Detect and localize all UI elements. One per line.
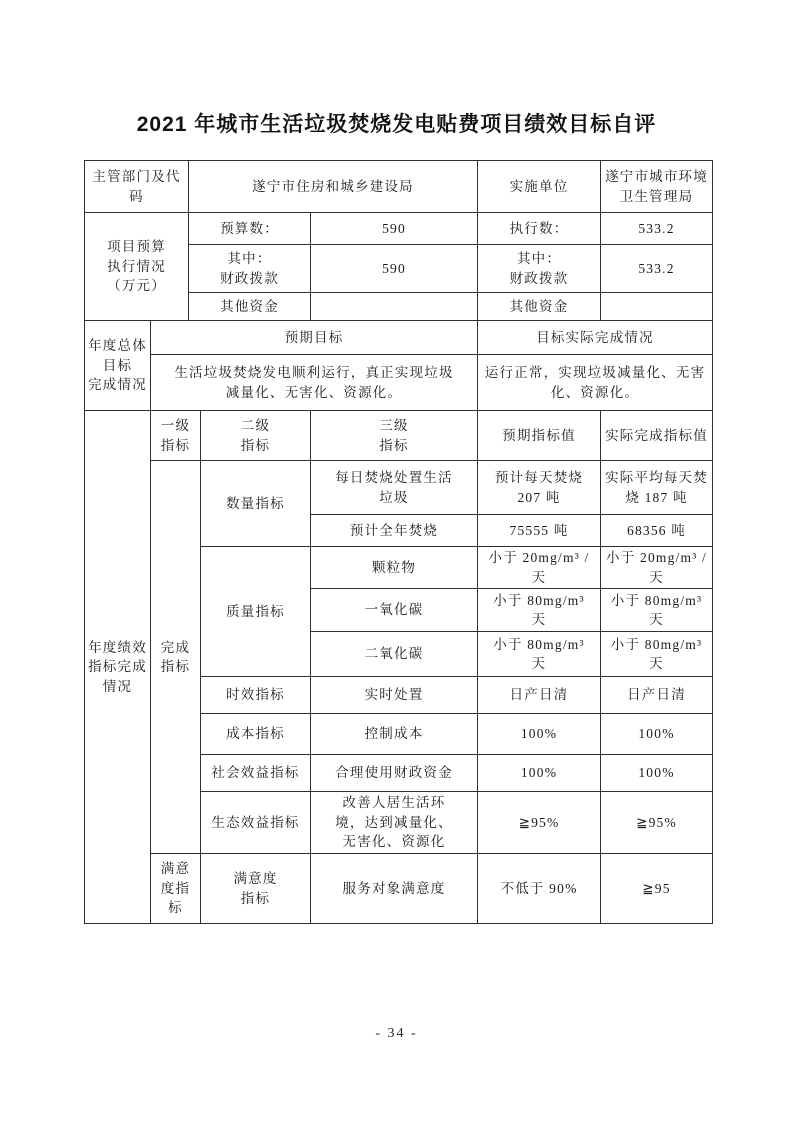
- cost-indicator-label: 成本指标: [201, 714, 311, 755]
- realtime-disposal-actual: 日产日清: [601, 677, 713, 714]
- execution-amount-value: 533.2: [601, 213, 713, 245]
- table-row: 生活垃圾焚烧发电顺利运行，真正实现垃圾 减量化、无害化、资源化。 运行正常，实现…: [85, 355, 713, 411]
- annual-incineration-label: 预计全年焚烧: [311, 515, 478, 547]
- satisfaction-indicator-label: 满意度 指标: [201, 854, 311, 924]
- fiscal-funds-use-expected: 100%: [478, 755, 601, 792]
- carbon-monoxide-expected: 小于 80mg/m³ 天: [478, 589, 601, 632]
- table-row: 年度总体 目标 完成情况 预期目标 目标实际完成情况: [85, 321, 713, 355]
- budget-section-label: 项目预算 执行情况 （万元）: [85, 213, 189, 321]
- fiscal-funds-use-label: 合理使用财政资金: [311, 755, 478, 792]
- quality-indicator-label: 质量指标: [201, 547, 311, 677]
- annual-incineration-actual: 68356 吨: [601, 515, 713, 547]
- particulate-actual: 小于 20mg/m³ / 天: [601, 547, 713, 589]
- execution-other-funds-value: [601, 293, 713, 321]
- timeliness-indicator-label: 时效指标: [201, 677, 311, 714]
- level3-indicator-header: 三级 指标: [311, 411, 478, 461]
- indicators-section-label: 年度绩效 指标完成 情况: [85, 411, 151, 924]
- page-title: 2021 年城市生活垃圾焚烧发电贴费项目绩效目标自评: [0, 108, 793, 138]
- budget-other-funds-value: [311, 293, 478, 321]
- actual-goal-text: 运行正常，实现垃圾减量化、无害 化、资源化。: [478, 355, 713, 411]
- daily-incineration-actual: 实际平均每天焚 烧 187 吨: [601, 461, 713, 515]
- page-number: - 34 -: [0, 1026, 793, 1042]
- living-environment-expected: ≧95%: [478, 792, 601, 854]
- living-environment-actual: ≧95%: [601, 792, 713, 854]
- eco-benefit-indicator-label: 生态效益指标: [201, 792, 311, 854]
- fiscal-funds-use-actual: 100%: [601, 755, 713, 792]
- daily-incineration-expected: 预计每天焚烧 207 吨: [478, 461, 601, 515]
- level1-completion-cell: 完成 指标: [151, 461, 201, 854]
- performance-self-evaluation-table: 主管部门及代码 遂宁市住房和城乡建设局 实施单位 遂宁市城市环境 卫生管理局 项…: [84, 160, 713, 924]
- realtime-disposal-label: 实时处置: [311, 677, 478, 714]
- budget-amount-label: 预算数：: [189, 213, 311, 245]
- particulate-label: 颗粒物: [311, 547, 478, 589]
- dept-code-value: 遂宁市住房和城乡建设局: [189, 161, 478, 213]
- particulate-expected: 小于 20mg/m³ / 天: [478, 547, 601, 589]
- execution-amount-label: 执行数：: [478, 213, 601, 245]
- document-page: 2021 年城市生活垃圾焚烧发电贴费项目绩效目标自评 主管部门及代码 遂宁市住房…: [0, 0, 793, 1122]
- cost-control-label: 控制成本: [311, 714, 478, 755]
- impl-unit-label: 实施单位: [478, 161, 601, 213]
- carbon-dioxide-actual: 小于 80mg/m³ 天: [601, 632, 713, 677]
- table-row: 满意 度指 标 满意度 指标 服务对象满意度 不低于 90% ≧95: [85, 854, 713, 924]
- cost-control-actual: 100%: [601, 714, 713, 755]
- expected-value-header: 预期指标值: [478, 411, 601, 461]
- annual-goal-section-label: 年度总体 目标 完成情况: [85, 321, 151, 411]
- execution-fiscal-value: 533.2: [601, 245, 713, 293]
- daily-incineration-label: 每日焚烧处置生活 垃圾: [311, 461, 478, 515]
- service-satisfaction-expected: 不低于 90%: [478, 854, 601, 924]
- carbon-dioxide-label: 二氧化碳: [311, 632, 478, 677]
- cost-control-expected: 100%: [478, 714, 601, 755]
- expected-goal-header: 预期目标: [151, 321, 478, 355]
- living-environment-label: 改善人居生活环 境，达到减量化、 无害化、资源化: [311, 792, 478, 854]
- actual-value-header: 实际完成指标值: [601, 411, 713, 461]
- budget-other-funds-label: 其他资金: [189, 293, 311, 321]
- actual-goal-header: 目标实际完成情况: [478, 321, 713, 355]
- table-row: 完成 指标 数量指标 每日焚烧处置生活 垃圾 预计每天焚烧 207 吨 实际平均…: [85, 461, 713, 515]
- table-row: 项目预算 执行情况 （万元） 预算数： 590 执行数： 533.2: [85, 213, 713, 245]
- service-satisfaction-actual: ≧95: [601, 854, 713, 924]
- level2-indicator-header: 二级 指标: [201, 411, 311, 461]
- annual-incineration-expected: 75555 吨: [478, 515, 601, 547]
- expected-goal-text: 生活垃圾焚烧发电顺利运行，真正实现垃圾 减量化、无害化、资源化。: [151, 355, 478, 411]
- carbon-dioxide-expected: 小于 80mg/m³ 天: [478, 632, 601, 677]
- carbon-monoxide-label: 一氧化碳: [311, 589, 478, 632]
- carbon-monoxide-actual: 小于 80mg/m³ 天: [601, 589, 713, 632]
- table-row: 年度绩效 指标完成 情况 一级 指标 二级 指标 三级 指标 预期指标值 实际完…: [85, 411, 713, 461]
- quantity-indicator-label: 数量指标: [201, 461, 311, 547]
- realtime-disposal-expected: 日产日清: [478, 677, 601, 714]
- level1-satisfaction-cell: 满意 度指 标: [151, 854, 201, 924]
- level1-indicator-header: 一级 指标: [151, 411, 201, 461]
- service-satisfaction-label: 服务对象满意度: [311, 854, 478, 924]
- social-benefit-indicator-label: 社会效益指标: [201, 755, 311, 792]
- budget-fiscal-value: 590: [311, 245, 478, 293]
- impl-unit-value: 遂宁市城市环境 卫生管理局: [601, 161, 713, 213]
- budget-amount-value: 590: [311, 213, 478, 245]
- execution-fiscal-label: 其中： 财政拨款: [478, 245, 601, 293]
- dept-code-label: 主管部门及代码: [85, 161, 189, 213]
- budget-fiscal-label: 其中： 财政拨款: [189, 245, 311, 293]
- execution-other-funds-label: 其他资金: [478, 293, 601, 321]
- table-row: 主管部门及代码 遂宁市住房和城乡建设局 实施单位 遂宁市城市环境 卫生管理局: [85, 161, 713, 213]
